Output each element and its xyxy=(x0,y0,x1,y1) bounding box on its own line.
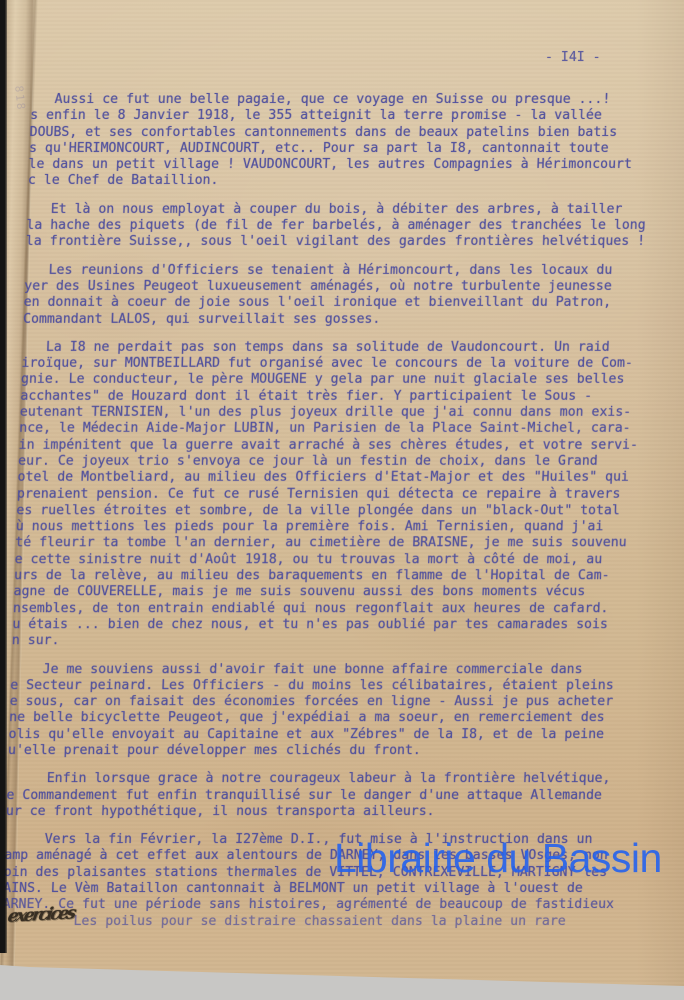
text-line: en donnait à coeur de joie sous l'oeil i… xyxy=(23,295,684,311)
text-line: e sous, car on faisait des économies for… xyxy=(9,694,670,710)
text-line: u'elle prenait pour développer mes clich… xyxy=(8,743,669,759)
text-line: urs de la relève, au milieu des baraquem… xyxy=(14,568,675,584)
text-line: Enfin lorsque grace à notre courageux la… xyxy=(7,771,668,787)
text-line: otel de Montbeliard, au milieu des Offic… xyxy=(17,470,678,486)
text-line: la frontière Suisse,, sous l'oeil vigila… xyxy=(25,234,684,250)
text-line: ARNEY. Ce fut une période sans histoires… xyxy=(2,897,663,913)
text-line: Les poilus pour se distraire chassaient … xyxy=(2,914,663,930)
text-line: n sur. xyxy=(12,633,673,649)
text-line: ne belle bicyclette Peugeot, que j'expéd… xyxy=(9,710,670,726)
paragraph: Les reunions d'Officiers se tenaient à H… xyxy=(23,263,684,328)
text-line: es ruelles étroites et sombre, de la vil… xyxy=(16,503,677,519)
text-line: Et là on nous employat à couper du bois,… xyxy=(27,202,684,218)
text-line: s qu'HERIMONCOURT, AUDINCOURT, etc.. Pou… xyxy=(29,141,684,157)
text-line: gnie. Le conducteur, le père MOUGENE y g… xyxy=(21,372,682,388)
text-line: prenaient pension. Ce fut ce rusé Ternis… xyxy=(17,487,678,503)
text-line: té fleurir ta tombe l'an dernier, au cim… xyxy=(15,535,676,551)
paragraph: Et là on nous employat à couper du bois,… xyxy=(25,202,684,251)
text-line: iroïque, sur MONTBEILLARD fut organisé a… xyxy=(21,356,682,372)
text-line: in impénitent que la guerre avait arrach… xyxy=(18,438,679,454)
text-line: e Secteur peinard. Les Officiers - du mo… xyxy=(10,678,671,694)
text-line: ù nous mettions les pieds pour la premiè… xyxy=(16,519,677,535)
text-line: e Commandement fut enfin tranquillisé su… xyxy=(6,788,667,804)
text-line: nsembles, de ton entrain endiablé qui no… xyxy=(13,601,674,617)
paragraph: Enfin lorsque grace à notre courageux la… xyxy=(6,771,668,820)
text-line: Commandant LALOS, qui surveillait ses go… xyxy=(23,312,684,328)
text-line: ur ce front hypothétique, il nous transp… xyxy=(6,804,667,820)
text-line: Les reunions d'Officiers se tenaient à H… xyxy=(24,263,684,279)
text-line: Aussi ce fut une belle pagaie, que ce vo… xyxy=(30,92,684,108)
text-line: c le Chef de Bataillion. xyxy=(28,173,684,189)
text-line: yer des Usines Peugeot luxueusement amén… xyxy=(24,279,684,295)
scanner-black-edge xyxy=(0,0,7,953)
text-line: nce, le Médecin Aide-Major LUBIN, un Par… xyxy=(19,421,680,437)
text-line: acchantes" de Houzard dont il était très… xyxy=(20,389,681,405)
text-line: olis qu'elle envoyait au Capitaine et au… xyxy=(8,727,669,743)
page-number: - I4I - xyxy=(545,50,601,65)
text-line: DOUBS, et ses confortables cantonnements… xyxy=(29,125,684,141)
handwritten-note: exercices xyxy=(6,903,76,927)
paragraph: Aussi ce fut une belle pagaie, que ce vo… xyxy=(28,92,684,190)
margin-note: 818 xyxy=(12,85,28,112)
text-line: AINS. Le Vèm Bataillon cantonnait à BELM… xyxy=(3,881,664,897)
text-line: u étais ... bien de chez nous, et tu n'e… xyxy=(12,617,673,633)
text-line: eutenant TERNISIEN, l'un des plus joyeux… xyxy=(19,405,680,421)
text-line: agne de COUVERELLE, mais je me suis souv… xyxy=(13,584,674,600)
text-line: eur. Ce joyeux trio s'envoya ce jour là … xyxy=(18,454,679,470)
text-line: la hache des piquets (de fil de fer barb… xyxy=(26,218,684,234)
text-line: e cette sinistre nuit d'Août 1918, ou tu… xyxy=(14,552,675,568)
text-line: La I8 ne perdait pas son temps dans sa s… xyxy=(22,340,683,356)
paragraph: Je me souviens aussi d'avoir fait une bo… xyxy=(8,662,671,760)
paragraph: La I8 ne perdait pas son temps dans sa s… xyxy=(12,340,683,650)
document-text: Aussi ce fut une belle pagaie, que ce vo… xyxy=(1,92,684,942)
text-line: le dans un petit village ! VAUDONCOURT, … xyxy=(28,157,684,173)
watermark: Librairie du Bassin xyxy=(334,836,662,880)
text-line: s enfin le 8 Janvier 1918, le 355 atteig… xyxy=(30,108,684,124)
text-line: Je me souviens aussi d'avoir fait une bo… xyxy=(11,662,672,678)
